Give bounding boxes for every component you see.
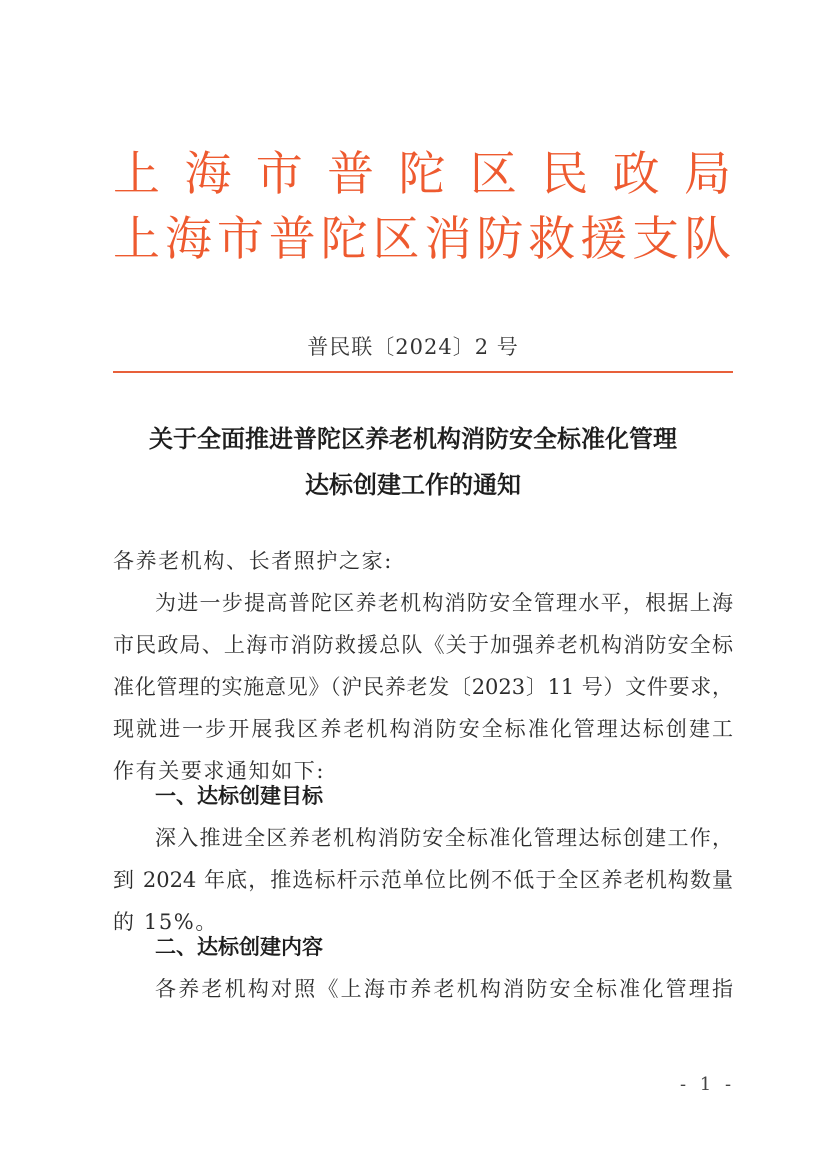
issuer-char: 区 [373,212,420,268]
issuer-char: 政 [613,147,660,203]
issuer-char: 上 [113,212,160,268]
section-1-line: 到 2024 年底，推选标杆示范单位比例不低于全区养老机构数量 [113,865,733,895]
section-1-line: 深入推进全区养老机构消防安全标准化管理达标创建工作， [113,823,733,853]
issuer-char: 上 [113,147,160,203]
paragraph-1-line: 为进一步提高普陀区养老机构消防安全管理水平，根据上海 [113,588,733,618]
issuer-fire-rescue-brigade: 上 海 市 普 陀 区 消 防 救 援 支 队 [0,212,826,268]
section-1-heading: 一、达标创建目标 [155,781,323,811]
issuer-char: 市 [217,212,264,268]
issuer-char: 援 [580,212,627,268]
paragraph-1-line: 市民政局、上海市消防救援总队《关于加强养老机构消防安全标 [113,630,733,660]
document-title-line-1: 关于全面推进普陀区养老机构消防安全标准化管理 [0,419,826,459]
document-title-line-2: 达标创建工作的通知 [0,465,826,505]
issuer-char: 局 [684,147,731,203]
section-2-line: 各养老机构对照《上海市养老机构消防安全标准化管理指 [113,974,733,1004]
paragraph-1-line: 准化管理的实施意见》（沪民养老发〔2023〕11 号）文件要求， [113,672,733,702]
issuer-char: 普 [327,147,374,203]
issuer-char: 防 [476,212,523,268]
paragraph-1-line: 现就进一步开展我区养老机构消防安全标准化管理达标创建工 [113,714,733,744]
issuer-char: 陀 [399,147,446,203]
issuer-char: 海 [165,212,212,268]
issuer-civil-affairs-bureau: 上 海 市 普 陀 区 民 政 局 [0,147,826,203]
issuer-char: 民 [541,147,588,203]
salutation: 各养老机构、长者照护之家: [113,546,733,576]
issuer-char: 普 [269,212,316,268]
issuer-char: 队 [684,212,731,268]
document-number: 普民联〔2024〕2 号 [0,331,826,361]
issuer-char: 市 [256,147,303,203]
issuer-char: 区 [470,147,517,203]
issuer-char: 海 [184,147,231,203]
issuer-char: 支 [632,212,679,268]
issuer-char: 陀 [321,212,368,268]
section-2-heading: 二、达标创建内容 [155,932,323,962]
issuer-char: 救 [528,212,575,268]
page-number: - 1 - [680,1074,735,1095]
issuer-char: 消 [424,212,471,268]
red-divider-line [113,371,733,373]
